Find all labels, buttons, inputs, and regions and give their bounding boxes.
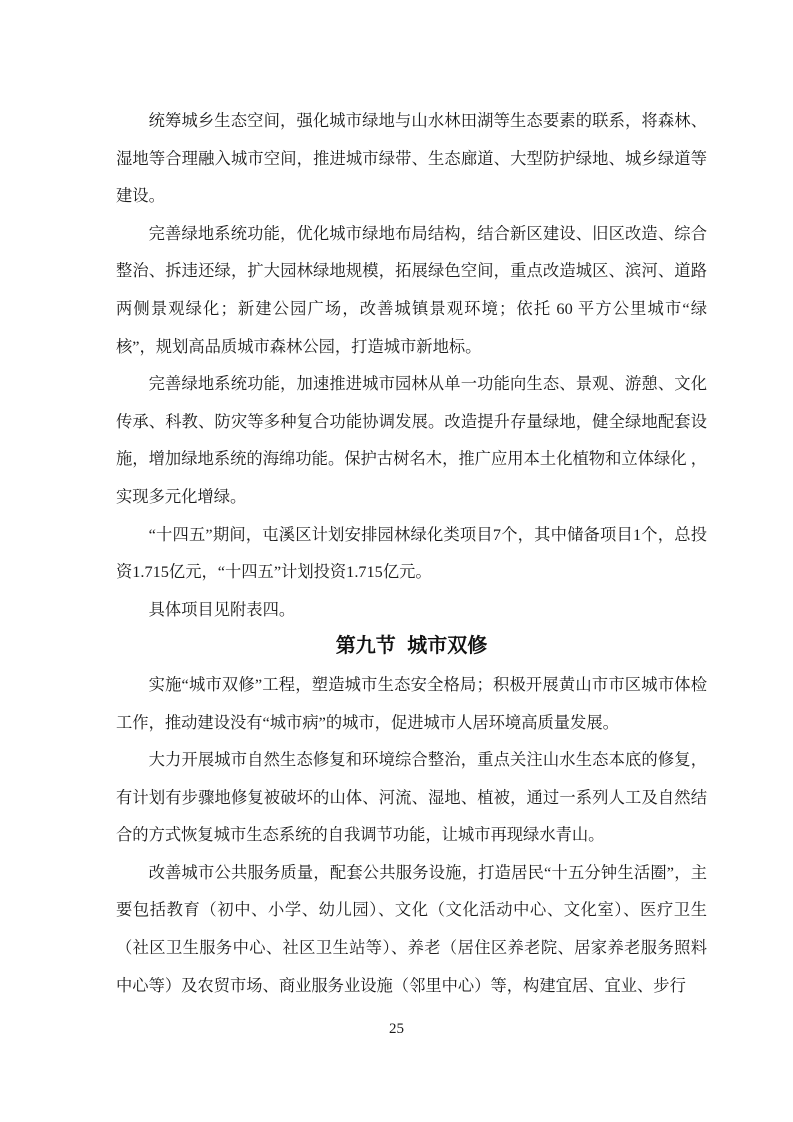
body-paragraph: 完善绿地系统功能，优化城市绿地布局结构，结合新区建设、旧区改造、综合整治、拆违还… bbox=[116, 215, 707, 365]
document-page: 统筹城乡生态空间，强化城市绿地与山水林田湖等生态要素的联系，将森林、湿地等合理融… bbox=[0, 0, 793, 1122]
body-paragraph: “十四五”期间，屯溪区计划安排园林绿化类项目7个，其中储备项目1个，总投资1.7… bbox=[116, 516, 707, 591]
document-body: 统筹城乡生态空间，强化城市绿地与山水林田湖等生态要素的联系，将森林、湿地等合理融… bbox=[116, 102, 707, 1004]
body-paragraph: 改善城市公共服务质量，配套公共服务设施，打造居民“十五分钟生活圈”，主要包括教育… bbox=[116, 854, 707, 1004]
body-paragraph: 大力开展城市自然生态修复和环境综合整治，重点关注山水生态本底的修复，有计划有步骤… bbox=[116, 741, 707, 854]
page-footer: 25 bbox=[0, 1019, 793, 1039]
body-paragraph: 具体项目见附表四。 bbox=[116, 591, 707, 629]
body-paragraph: 统筹城乡生态空间，强化城市绿地与山水林田湖等生态要素的联系，将森林、湿地等合理融… bbox=[116, 102, 707, 215]
section-heading: 第九节 城市双修 bbox=[116, 628, 707, 666]
body-paragraph: 完善绿地系统功能，加速推进城市园林从单一功能向生态、景观、游憩、文化传承、科教、… bbox=[116, 365, 707, 515]
page-number: 25 bbox=[389, 1021, 404, 1037]
body-paragraph: 实施“城市双修”工程，塑造城市生态安全格局；积极开展黄山市市区城市体检工作，推动… bbox=[116, 666, 707, 741]
